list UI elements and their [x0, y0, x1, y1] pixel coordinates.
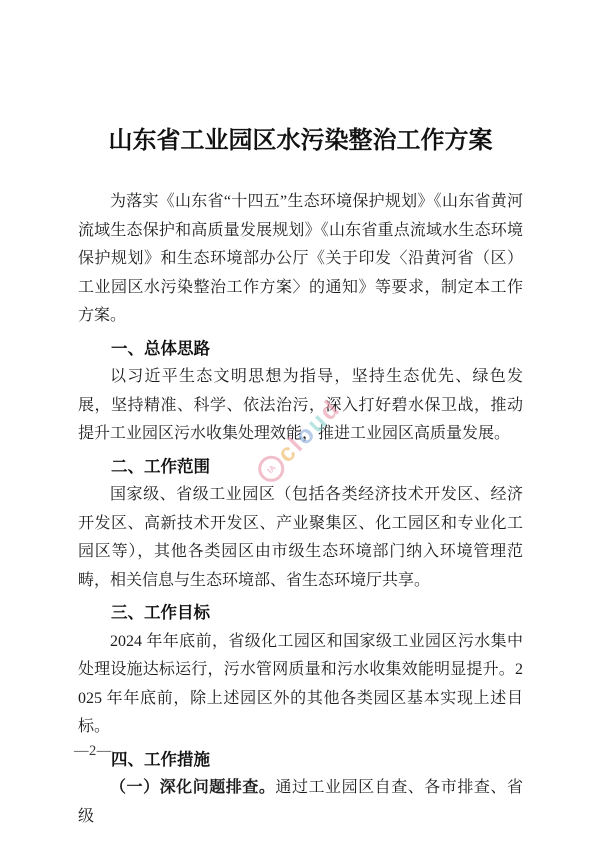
section-heading-2: 二、工作范围 — [78, 453, 523, 482]
section-paragraph-4: （一）深化问题排查。通过工业园区自查、各市排查、省级 — [78, 774, 523, 831]
document-title: 山东省工业园区水污染整治工作方案 — [78, 124, 523, 158]
section-heading-1: 一、总体思路 — [78, 335, 523, 364]
document-page: 山东省工业园区水污染整治工作方案 为落实《山东省“十四五”生态环境保护规划》《山… — [0, 0, 595, 842]
section-paragraph-3: 2024 年年底前，省级化工园区和国家级工业园区污水集中处理设施达标运行，污水管… — [78, 628, 523, 742]
intro-paragraph: 为落实《山东省“十四五”生态环境保护规划》《山东省黄河流域生态保护和高质量发展规… — [78, 188, 523, 331]
section-paragraph-1: 以习近平生态文明思想为指导，坚持生态优先、绿色发展，坚持精准、科学、依法治污，深… — [78, 363, 523, 449]
page-number: —2— — [74, 743, 112, 760]
measure-item-lead: （一）深化问题排查。 — [110, 779, 275, 796]
section-paragraph-2: 国家级、省级工业园区（包括各类经济技术开发区、经济开发区、高新技术开发区、产业聚… — [78, 481, 523, 595]
document-body: 山东省工业园区水污染整治工作方案 为落实《山东省“十四五”生态环境保护规划》《山… — [78, 124, 523, 831]
section-heading-3: 三、工作目标 — [78, 599, 523, 628]
section-heading-4: 四、工作措施 — [78, 746, 523, 775]
